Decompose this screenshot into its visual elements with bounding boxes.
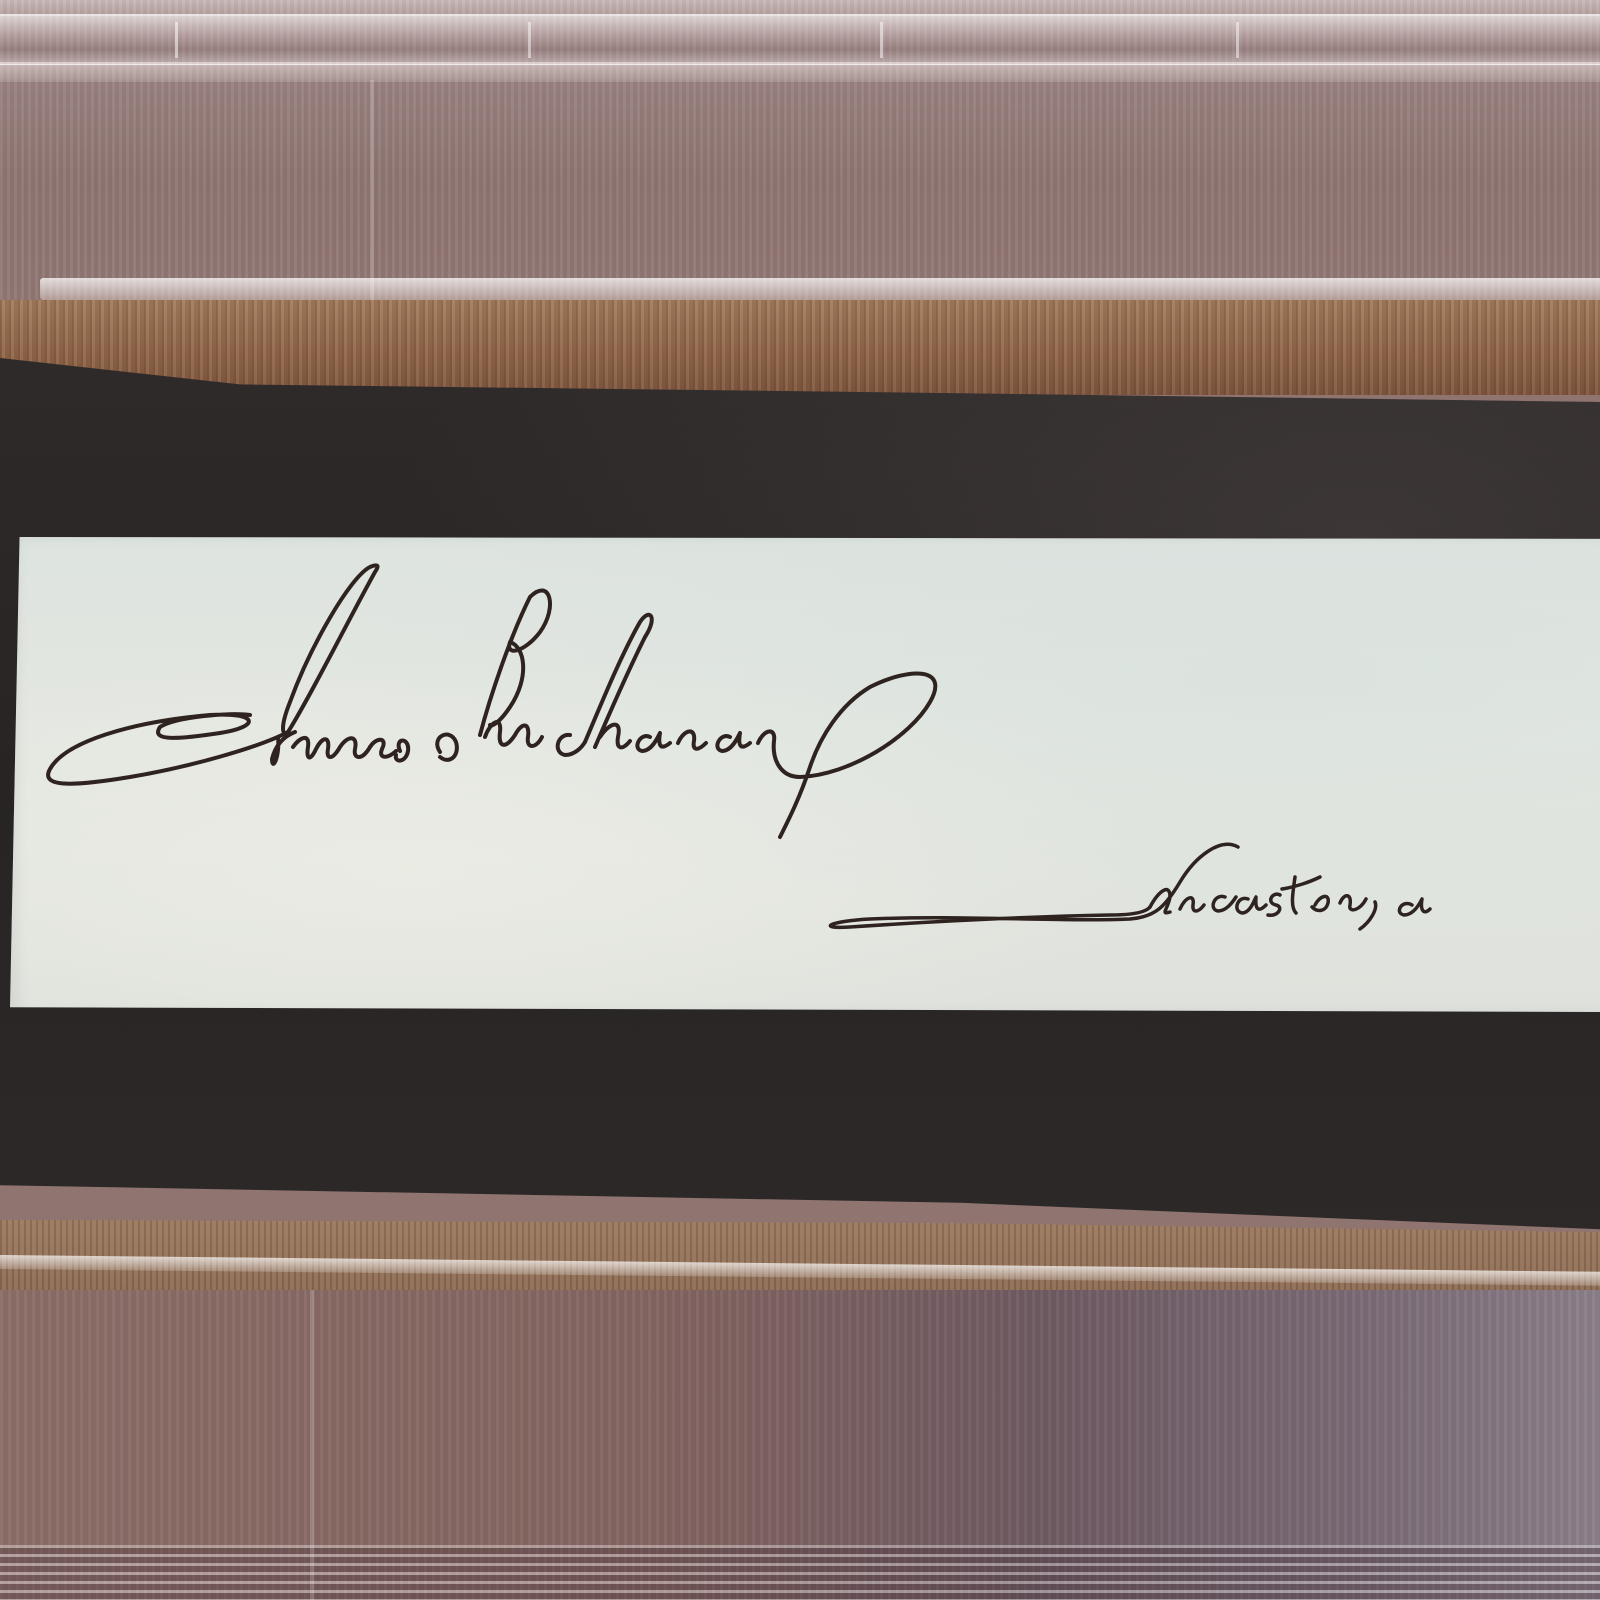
holder-notch [880, 22, 883, 58]
holder-notch [1236, 22, 1239, 58]
holder-bottom-rail [0, 1545, 1600, 1600]
signature-cut: James Buchanan Lancaster, ... [10, 537, 1600, 1012]
holder-inner-ridge [40, 278, 1600, 300]
holder-top-rail-reflection [0, 62, 1600, 82]
holder-top-rail [0, 14, 1600, 65]
holder-notch [175, 22, 178, 58]
wood-surface-top [0, 300, 1600, 395]
signature-ink [10, 537, 1600, 1012]
holder-notch [528, 22, 531, 58]
photo-scene: James Buchanan Lancaster, ... [0, 0, 1600, 1600]
holder-seam [310, 1290, 314, 1600]
